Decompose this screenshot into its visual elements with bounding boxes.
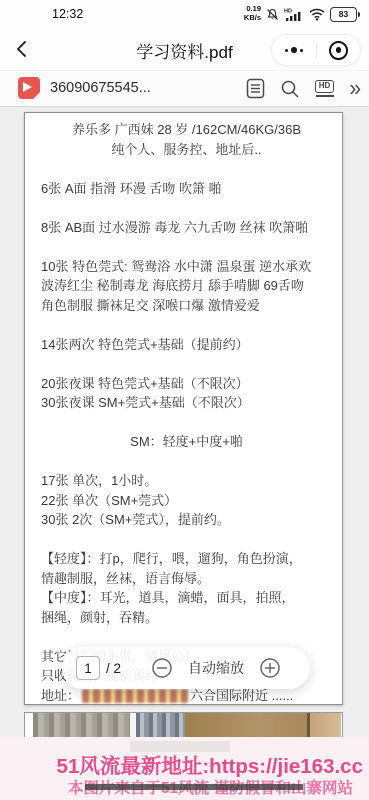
wall-photo-light (310, 713, 341, 738)
close-circle-button[interactable] (317, 35, 361, 65)
wall-photo (185, 713, 307, 738)
building-photo-right (136, 713, 185, 738)
doc-line (41, 315, 332, 335)
doc-line (41, 530, 332, 550)
nav-bar: 学习资料.pdf (0, 28, 369, 70)
address-redacted-highlight (82, 689, 188, 703)
hd-badge: HD (284, 8, 292, 14)
doc-line: 6张 A面 指滑 环漫 舌吻 吹箫 啪 (41, 179, 332, 199)
signal-icon: HD (284, 7, 304, 22)
hd-mode-button[interactable]: HD (315, 80, 335, 96)
pdf-zoom-bar: 1 / 2 自动缩放 (62, 647, 310, 689)
status-icons: 0.19 KB/s HD (244, 3, 360, 25)
toolbar-actions: HD » (246, 71, 361, 106)
doc-line: 17张 单次，1小时。 (41, 471, 332, 491)
doc-line: 养乐多 广西妹 28 岁 /162CM/46KG/36B (41, 120, 332, 140)
doc-line: 30张夜课 SM+莞式+基础（不限次） (41, 393, 332, 413)
doc-line: 10张 特色莞式: 鸳鸯浴 水中潇 温泉蛋 逆水承欢 (41, 257, 332, 277)
doc-line: 【中度】：耳光，道具，滴蜡，面具，拍照， (41, 588, 332, 608)
doc-line: 8张 AB面 过水漫游 毒龙 六九舌吻 丝袜 吹箫啪 (41, 218, 332, 238)
more-menu-button[interactable] (272, 35, 316, 65)
page-number-input[interactable]: 1 (76, 656, 100, 680)
doc-line: 14张两次 特色莞式+基础（提前约） (41, 335, 332, 355)
doc-line (41, 413, 332, 433)
zoom-in-icon[interactable] (259, 657, 281, 679)
page-total: / 2 (106, 661, 121, 676)
status-bar: 12:32 0.19 KB/s HD (0, 0, 369, 28)
doc-line (41, 198, 332, 218)
doc-line: 22张 单次（SM+莞式） (41, 491, 332, 511)
pdf-file-icon (18, 77, 40, 99)
doc-line (41, 627, 332, 647)
battery-icon: 83 (330, 7, 360, 22)
document-viewport[interactable]: 养乐多 广西妹 28 岁 /162CM/46KG/36B 纯个人、服务控、地址后… (0, 105, 369, 800)
auto-zoom-button[interactable]: 自动缩放 (188, 658, 244, 678)
buildings-photo (33, 713, 341, 738)
doc-line (41, 452, 332, 472)
pdf-page-1: 养乐多 广西妹 28 岁 /162CM/46KG/36B 纯个人、服务控、地址后… (24, 112, 343, 705)
network-speed: 0.19 KB/s (244, 5, 261, 22)
more-tools-icon[interactable]: » (349, 77, 361, 100)
doc-line: 【轻度】：打p，爬行，喂，遛狗，角色扮演， (41, 549, 332, 569)
doc-line (41, 354, 332, 374)
dark-strip (85, 784, 303, 790)
address-prefix: 地址： (41, 688, 80, 703)
outline-icon[interactable] (246, 78, 265, 99)
doc-line: 情趣制服，丝袜，语言侮辱。 (41, 569, 332, 589)
doc-line: 30张 2次（SM+莞式），提前约。 (41, 510, 332, 530)
building-photo-left (33, 713, 130, 738)
doc-line: 20张夜课 特色莞式+基础（不限次） (41, 374, 332, 394)
pdf-toolbar: 36090675545... HD » (0, 70, 369, 107)
doc-line: 纯个人、服务控、地址后.. (41, 140, 332, 160)
doc-line: 捆绳，颜射，吞精。 (41, 608, 332, 628)
ellipsis-icon (285, 47, 303, 53)
doc-line: SM：轻度+中度+啪 (41, 432, 332, 452)
doc-line (41, 159, 332, 179)
pdf-filename: 36090675545... (50, 80, 151, 96)
doc-line: 角色制服 撕袜足交 深喉口爆 激情爱爱 (41, 296, 332, 316)
wifi-icon (309, 8, 325, 21)
search-icon[interactable] (280, 79, 300, 99)
zoom-out-icon[interactable] (151, 657, 173, 679)
target-icon (329, 41, 348, 60)
doc-line (41, 237, 332, 257)
clock: 12:32 (52, 7, 83, 21)
watermark-banner: 51风流最新地址:https://jie163.cc 本图片来自于51风流 谨防… (0, 737, 369, 800)
address-suffix: 六合国际附近 ...... (190, 688, 293, 703)
doc-line: 波涛红尘 秘制毒龙 海底捞月 舔手啃脚 69舌吻 (41, 276, 332, 296)
miniprogram-capsule (271, 34, 361, 66)
mute-icon (266, 8, 279, 21)
watermark-url: 51风流最新地址:https://jie163.cc (57, 749, 363, 779)
